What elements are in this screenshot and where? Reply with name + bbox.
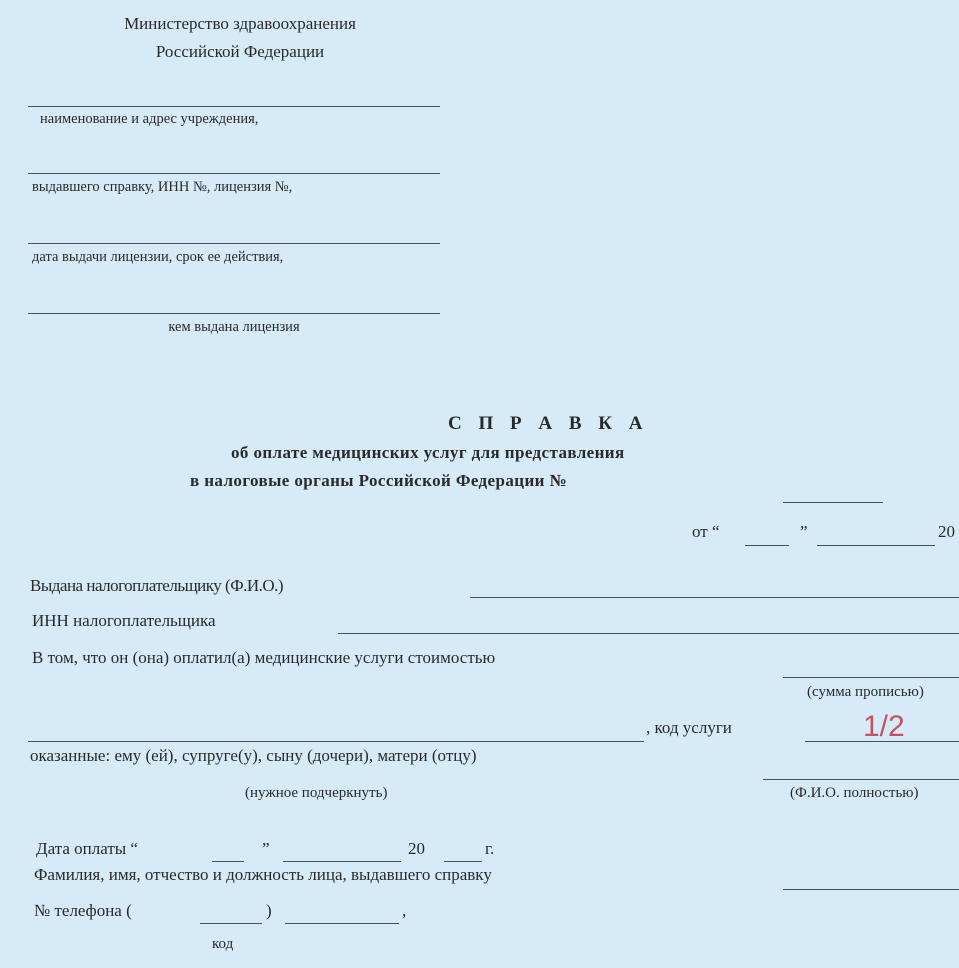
ministry-name-line2: Российской Федерации [40,42,440,62]
payment-day-field[interactable] [212,861,244,862]
license-date-caption: дата выдачи лицензии, срок ее действия, [28,249,444,266]
phone-close-paren: ) [266,901,272,921]
certificate-number-field[interactable] [783,502,883,503]
ministry-name-line1: Министерство здравоохранения [40,14,440,34]
institution-caption: наименование и адрес учреждения, [28,111,452,128]
issued-to-field[interactable] [470,597,959,598]
phone-number-field[interactable] [285,923,399,924]
sum-in-words-caption: (сумма прописью) [807,684,924,701]
sum-in-words-field[interactable] [28,741,644,742]
institution-name-line[interactable] [28,106,440,107]
payment-year-field[interactable] [444,861,482,862]
paid-amount-field[interactable] [783,677,959,678]
payment-date-label: Дата оплаты “ [36,839,138,859]
document-subtitle-line2: в налоговые органы Российской Федерации … [190,471,567,491]
document-subtitle-line1: об оплате медицинских услуг для представ… [231,443,625,463]
service-code-label: , код услуги [646,718,732,738]
payment-date-quote: ” [262,839,270,859]
issuer-fio-field[interactable] [783,889,959,890]
full-fio-caption: (Ф.И.О. полностью) [790,785,918,802]
date-day-field[interactable] [745,545,789,546]
issuer-inn-caption: выдавшего справку, ИНН №, лицензия №, [28,179,444,196]
payment-year-prefix: 20 [408,839,425,859]
phone-label: № телефона ( [34,901,132,921]
relative-fio-field[interactable] [763,779,959,780]
service-code-value: 1/2 [863,710,905,744]
date-quote: ” [800,522,808,542]
issuer-fio-label: Фамилия, имя, отчество и должность лица,… [34,865,492,885]
phone-comma: , [402,901,406,921]
license-date-line[interactable] [28,243,440,244]
taxpayer-inn-label: ИНН налогоплательщика [32,611,216,631]
issued-to-label: Выдана налогоплательщику (Ф.И.О.) [30,576,283,596]
date-month-field[interactable] [817,545,935,546]
payment-year-suffix: г. [485,839,494,859]
payment-month-field[interactable] [283,861,401,862]
rendered-to-label: оказанные: ему (ей), супруге(у), сыну (д… [30,746,477,766]
phone-code-caption: код [212,936,233,953]
date-year-prefix: 20 [938,522,955,542]
license-issuer-caption: кем выдана лицензия [28,319,440,336]
paid-amount-label: В том, что он (она) оплатил(а) медицинск… [32,648,495,668]
underline-needed-caption: (нужное подчеркнуть) [245,785,387,802]
document-title: С П Р А В К А [448,413,649,435]
license-issuer-line[interactable] [28,313,440,314]
issuer-inn-line[interactable] [28,173,440,174]
phone-code-field[interactable] [200,923,262,924]
taxpayer-inn-field[interactable] [338,633,959,634]
date-prefix: от “ [692,522,720,542]
